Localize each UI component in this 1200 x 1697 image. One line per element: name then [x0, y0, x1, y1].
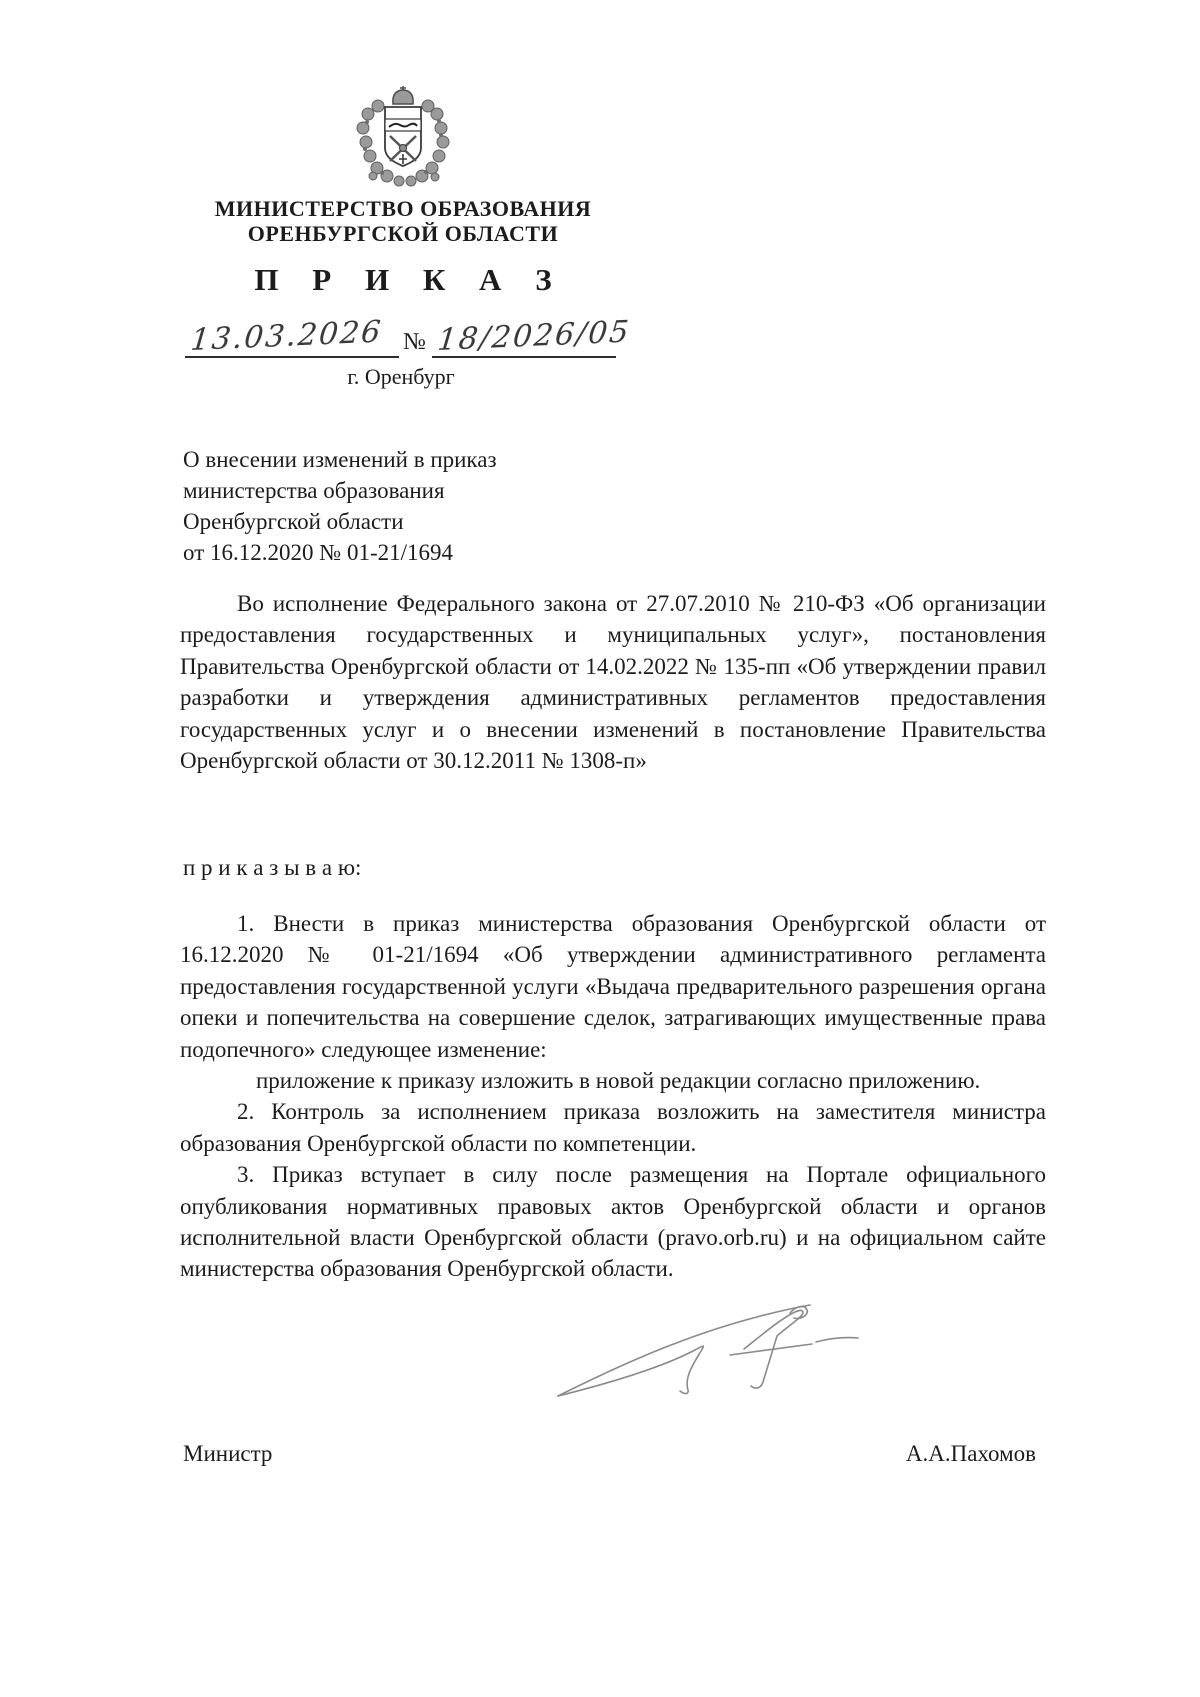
handwritten-signature	[552, 1292, 874, 1410]
subject-line: Оренбургской области	[183, 506, 613, 537]
ministry-name-line1: МИНИСТЕРСТВО ОБРАЗОВАНИЯ	[185, 196, 621, 221]
handwritten-number: 18/2026/05	[436, 314, 632, 358]
number-sign: №	[403, 329, 426, 356]
subject-block: О внесении изменений в приказ министерст…	[183, 444, 613, 568]
date-field: 13.03.2026	[185, 312, 399, 358]
number-field: 18/2026/05	[432, 312, 616, 358]
coat-of-arms-icon	[353, 82, 453, 188]
handwritten-date: 13.03.2026	[189, 314, 384, 358]
order-item-2: 2. Контроль за исполнением приказа возло…	[180, 1096, 1046, 1159]
subject-line: от 16.12.2020 № 01-21/1694	[183, 537, 613, 568]
subject-line: О внесении изменений в приказ	[183, 444, 613, 475]
signer-position: Министр	[183, 1441, 272, 1467]
document-header: МИНИСТЕРСТВО ОБРАЗОВАНИЯ ОРЕНБУРГСКОЙ ОБ…	[185, 82, 621, 298]
signer-name: А.А.Пахомов	[906, 1441, 1036, 1467]
city-label: г. Оренбург	[185, 364, 617, 390]
document-type-title: П Р И К А З	[185, 262, 621, 298]
order-word: п р и к а з ы в а ю:	[183, 855, 361, 881]
subject-line: министерства образования	[183, 475, 613, 506]
order-item-3: 3. Приказ вступает в силу после размещен…	[180, 1159, 1046, 1285]
signature-row: Министр А.А.Пахомов	[183, 1441, 1036, 1467]
document-page: МИНИСТЕРСТВО ОБРАЗОВАНИЯ ОРЕНБУРГСКОЙ ОБ…	[0, 0, 1200, 1697]
order-items: 1. Внести в приказ министерства образова…	[180, 908, 1046, 1285]
preamble-paragraph: Во исполнение Федерального закона от 27.…	[180, 588, 1046, 776]
requisites-line: 13.03.2026 № 18/2026/05	[185, 312, 617, 364]
order-item-1-subclause: приложение к приказу изложить в новой ре…	[180, 1065, 1046, 1096]
order-item-1: 1. Внести в приказ министерства образова…	[180, 908, 1046, 1065]
ministry-name-line2: ОРЕНБУРГСКОЙ ОБЛАСТИ	[185, 221, 621, 246]
